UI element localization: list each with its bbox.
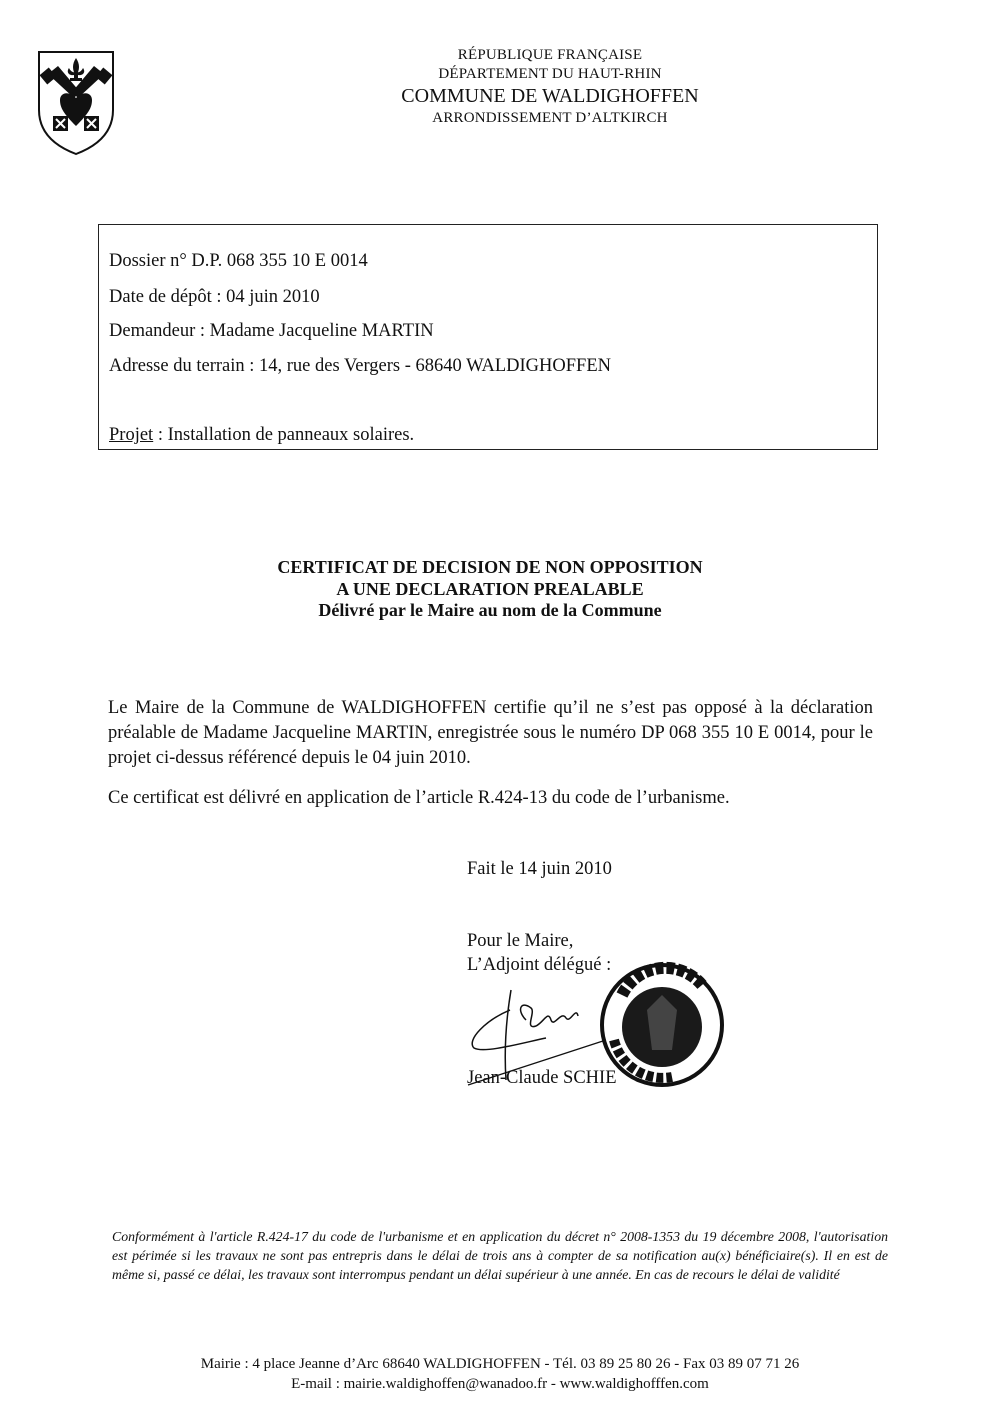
title-line-2: A UNE DECLARATION PREALABLE bbox=[150, 579, 830, 601]
deposit-date: Date de dépôt : 04 juin 2010 bbox=[109, 287, 320, 308]
pour-le-maire: Pour le Maire, bbox=[467, 929, 611, 953]
footer-email-web: E-mail : mairie.waldighoffen@wanadoo.fr … bbox=[100, 1374, 900, 1394]
arrondissement-label: ARRONDISSEMENT D’ALTKIRCH bbox=[300, 109, 800, 128]
commune-label: COMMUNE DE WALDIGHOFFEN bbox=[300, 84, 800, 109]
legal-basis-paragraph: Ce certificat est délivré en application… bbox=[108, 786, 873, 811]
certificate-title: CERTIFICAT DE DECISION DE NON OPPOSITION… bbox=[150, 557, 830, 622]
footer-address: Mairie : 4 place Jeanne d’Arc 68640 WALD… bbox=[100, 1354, 900, 1374]
project-value: : Installation de panneaux solaires. bbox=[153, 425, 414, 445]
validity-notice: Conformément à l'article R.424-17 du cod… bbox=[112, 1227, 888, 1284]
title-line-3: Délivré par le Maire au nom de la Commun… bbox=[150, 600, 830, 622]
signer-name: Jean-Claude SCHIE bbox=[467, 1068, 617, 1089]
signatory-title: Pour le Maire, L’Adjoint délégué : bbox=[467, 929, 611, 977]
project: Projet : Installation de panneaux solair… bbox=[109, 425, 414, 446]
land-address: Adresse du terrain : 14, rue des Vergers… bbox=[109, 356, 611, 377]
issue-date: Fait le 14 juin 2010 bbox=[467, 859, 612, 880]
dossier-info-box: Dossier n° D.P. 068 355 10 E 0014 Date d… bbox=[98, 224, 878, 450]
dossier-number: Dossier n° D.P. 068 355 10 E 0014 bbox=[109, 251, 368, 272]
republique-label: RÉPUBLIQUE FRANÇAISE bbox=[300, 46, 800, 65]
certification-paragraph: Le Maire de la Commune de WALDIGHOFFEN c… bbox=[108, 696, 873, 771]
departement-label: DÉPARTEMENT DU HAUT-RHIN bbox=[300, 65, 800, 84]
applicant: Demandeur : Madame Jacqueline MARTIN bbox=[109, 321, 434, 342]
project-label: Projet bbox=[109, 425, 153, 445]
footer-contact: Mairie : 4 place Jeanne d’Arc 68640 WALD… bbox=[100, 1354, 900, 1394]
letterhead: RÉPUBLIQUE FRANÇAISE DÉPARTEMENT DU HAUT… bbox=[300, 46, 800, 127]
title-line-1: CERTIFICAT DE DECISION DE NON OPPOSITION bbox=[150, 557, 830, 579]
adjoint-delegue: L’Adjoint délégué : bbox=[467, 953, 611, 977]
coat-of-arms-icon bbox=[36, 48, 116, 158]
